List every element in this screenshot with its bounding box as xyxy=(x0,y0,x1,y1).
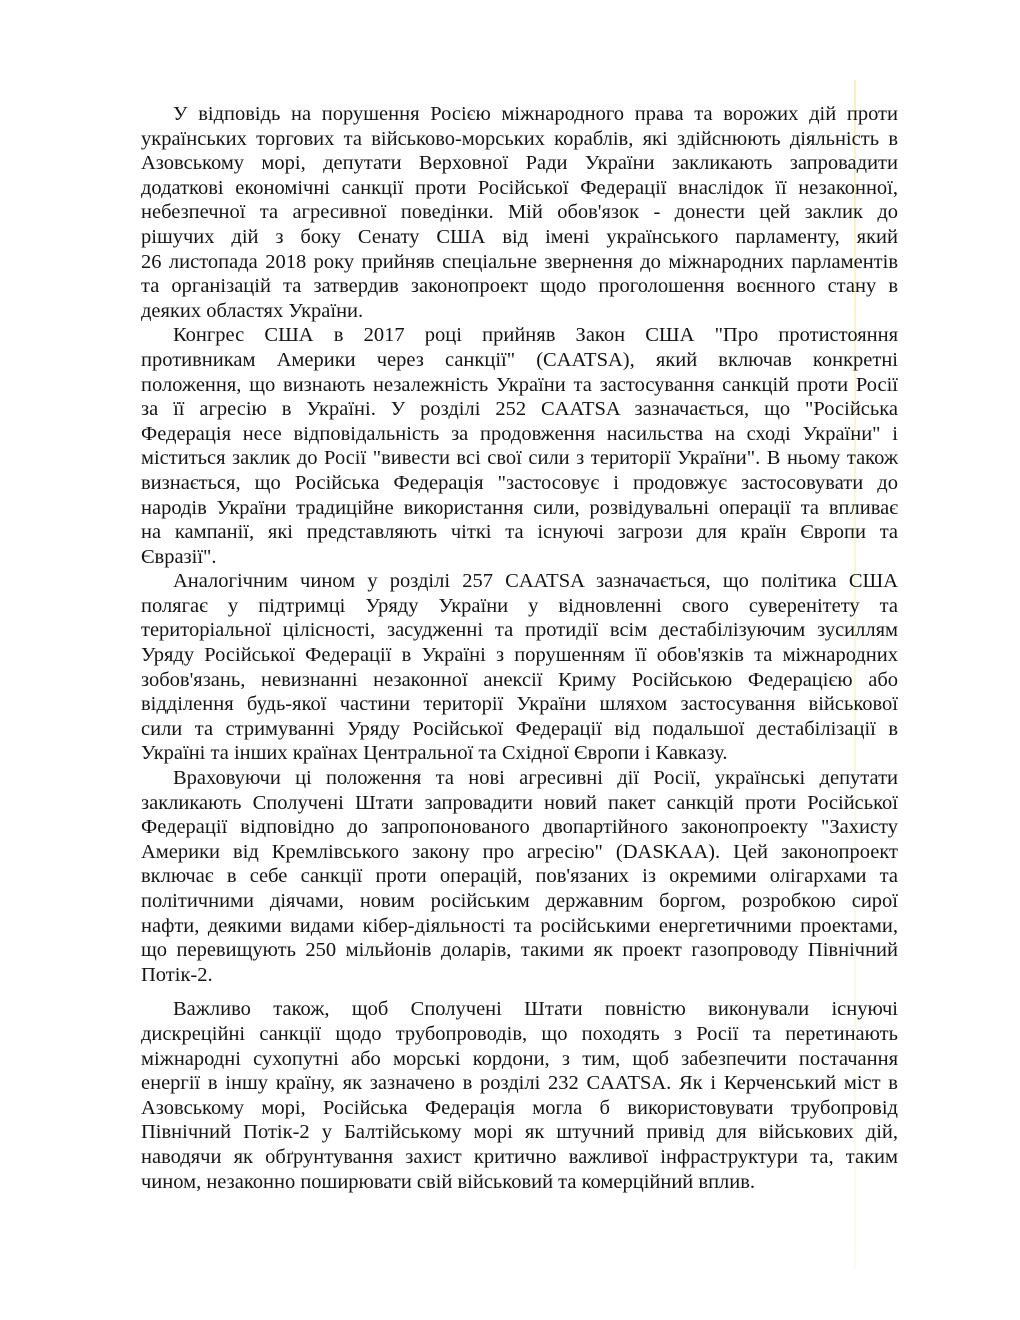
text-line: додаткові економічні санкції проти Росій… xyxy=(141,176,898,201)
text-line: Потік-2. xyxy=(141,963,898,988)
text-line: рішучих дій з боку Сенату США від імені … xyxy=(141,225,898,250)
text-line: Євразії". xyxy=(141,545,898,570)
text-line: що перевищують 250 мільйонів доларів, та… xyxy=(141,938,898,963)
text-line: 26 листопада 2018 року прийняв спеціальн… xyxy=(141,250,898,275)
text-line: Україні та інших країнах Центральної та … xyxy=(141,741,898,766)
text-line: за її агресію в Україні. У розділі 252 C… xyxy=(141,397,898,422)
paragraph: Враховуючи ці положення та нові агресивн… xyxy=(141,766,898,987)
text-line: небезпечної та агресивної поведінки. Мій… xyxy=(141,200,898,225)
text-line: на кампанії, які представляють чіткі та … xyxy=(141,520,898,545)
text-line: Федерація несе відповідальність за продо… xyxy=(141,422,898,447)
text-line: міжнародні сухопутні або морські кордони… xyxy=(141,1047,898,1072)
text-line: полягає у підтримці Уряду України у відн… xyxy=(141,594,898,619)
text-line: політичними діячами, новим російським де… xyxy=(141,889,898,914)
text-line: Враховуючи ці положення та нові агресивн… xyxy=(141,766,898,791)
text-line: зобов'язань, невизнанні незаконної анекс… xyxy=(141,668,898,693)
text-line: У відповідь на порушення Росією міжнарод… xyxy=(141,102,898,127)
text-line: наводячи як обґрунтування захист критичн… xyxy=(141,1145,898,1170)
text-line: Азовському морі, Російська Федерація мог… xyxy=(141,1096,898,1121)
text-line: Азовському морі, депутати Верховної Ради… xyxy=(141,151,898,176)
text-line: Федерації відповідно до запропонованого … xyxy=(141,815,898,840)
text-line: Аналогічним чином у розділі 257 CAATSA з… xyxy=(141,569,898,594)
text-line: сили та стримуванні Уряду Російської Фед… xyxy=(141,717,898,742)
text-line: українських торгових та військово-морськ… xyxy=(141,127,898,152)
document-body: У відповідь на порушення Росією міжнарод… xyxy=(141,102,898,1194)
text-line: закликають Сполучені Штати запровадити н… xyxy=(141,791,898,816)
paragraph: У відповідь на порушення Росією міжнарод… xyxy=(141,102,898,323)
scanned-page: У відповідь на порушення Росією міжнарод… xyxy=(0,0,1020,1320)
paragraph: Важливо також, щоб Сполучені Штати повні… xyxy=(141,997,898,1194)
text-line: Конгрес США в 2017 році прийняв Закон СШ… xyxy=(141,323,898,348)
text-line: чином, незаконно поширювати свій військо… xyxy=(141,1170,898,1195)
text-line: включає в себе санкції проти операцій, п… xyxy=(141,864,898,889)
text-line: нафти, деякими видами кібер-діяльності т… xyxy=(141,914,898,939)
text-line: міститься заклик до Росії "вивести всі с… xyxy=(141,446,898,471)
text-line: визнається, що Російська Федерація "заст… xyxy=(141,471,898,496)
text-line: Північний Потік-2 у Балтійському морі як… xyxy=(141,1120,898,1145)
text-line: Важливо також, щоб Сполучені Штати повні… xyxy=(141,997,898,1022)
text-line: територіальної цілісності, засудженні та… xyxy=(141,618,898,643)
text-line: народів України традиційне використання … xyxy=(141,496,898,521)
text-line: дискреційні санкції щодо трубопроводів, … xyxy=(141,1022,898,1047)
text-line: противникам Америки через санкції" (CAAT… xyxy=(141,348,898,373)
paragraph: Конгрес США в 2017 році прийняв Закон СШ… xyxy=(141,323,898,569)
text-line: енергії в іншу країну, як зазначено в ро… xyxy=(141,1071,898,1096)
text-line: відділення будь-якої частини території У… xyxy=(141,692,898,717)
text-line: положення, що визнають незалежність Укра… xyxy=(141,373,898,398)
text-line: Уряду Російської Федерації в Україні з п… xyxy=(141,643,898,668)
paragraph: Аналогічним чином у розділі 257 CAATSA з… xyxy=(141,569,898,766)
text-line: та організацій та затвердив законопроект… xyxy=(141,274,898,299)
text-line: деяких областях України. xyxy=(141,299,898,324)
text-line: Америки від Кремлівського закону про агр… xyxy=(141,840,898,865)
